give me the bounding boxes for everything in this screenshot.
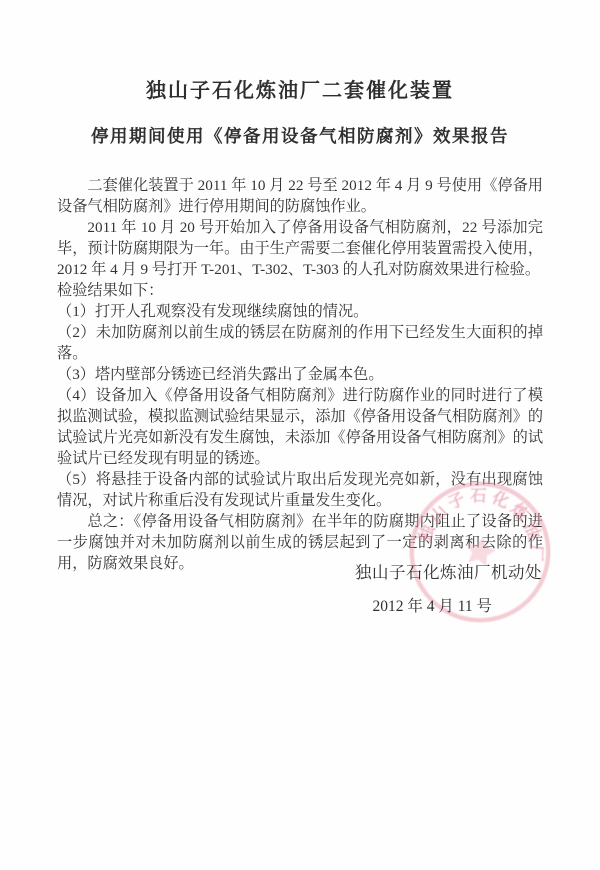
scanned-report-page: 独山子石化炼油厂二套催化装置 停用期间使用《停备用设备气相防腐剂》效果报告 二套…	[0, 0, 600, 870]
report-title: 独山子石化炼油厂二套催化装置	[0, 0, 600, 103]
paragraph-intro: 二套催化装置于 2011 年 10 月 22 号至 2012 年 4 月 9 号…	[57, 175, 543, 217]
signature-organization: 独山子石化炼油厂机动处	[355, 559, 542, 583]
result-item-2: （2）未加防腐剂以前生成的锈层在防腐剂的作用下已经发生大面积的掉落。	[57, 322, 543, 364]
paragraph-background: 2011 年 10 月 20 号开始加入了停备用设备气相防腐剂，22 号添加完毕…	[57, 217, 543, 280]
paragraph-results-header: 检验结果如下：	[57, 280, 543, 301]
result-item-3: （3）塔内壁部分锈迹已经消失露出了金属本色。	[57, 364, 543, 385]
report-subtitle: 停用期间使用《停备用设备气相防腐剂》效果报告	[0, 123, 600, 148]
result-item-5: （5）将悬挂于设备内部的试验试片取出后发现光亮如新，没有出现腐蚀情况，对试片称重…	[57, 469, 543, 511]
result-item-4: （4）设备加入《停备用设备气相防腐剂》进行防腐作业的同时进行了模拟监测试验，模拟…	[57, 385, 543, 469]
report-body: 二套催化装置于 2011 年 10 月 22 号至 2012 年 4 月 9 号…	[57, 175, 543, 574]
signature-date: 2012 年 4 月 11 号	[372, 594, 492, 616]
result-item-1: （1）打开人孔观察没有发现继续腐蚀的情况。	[57, 301, 543, 322]
